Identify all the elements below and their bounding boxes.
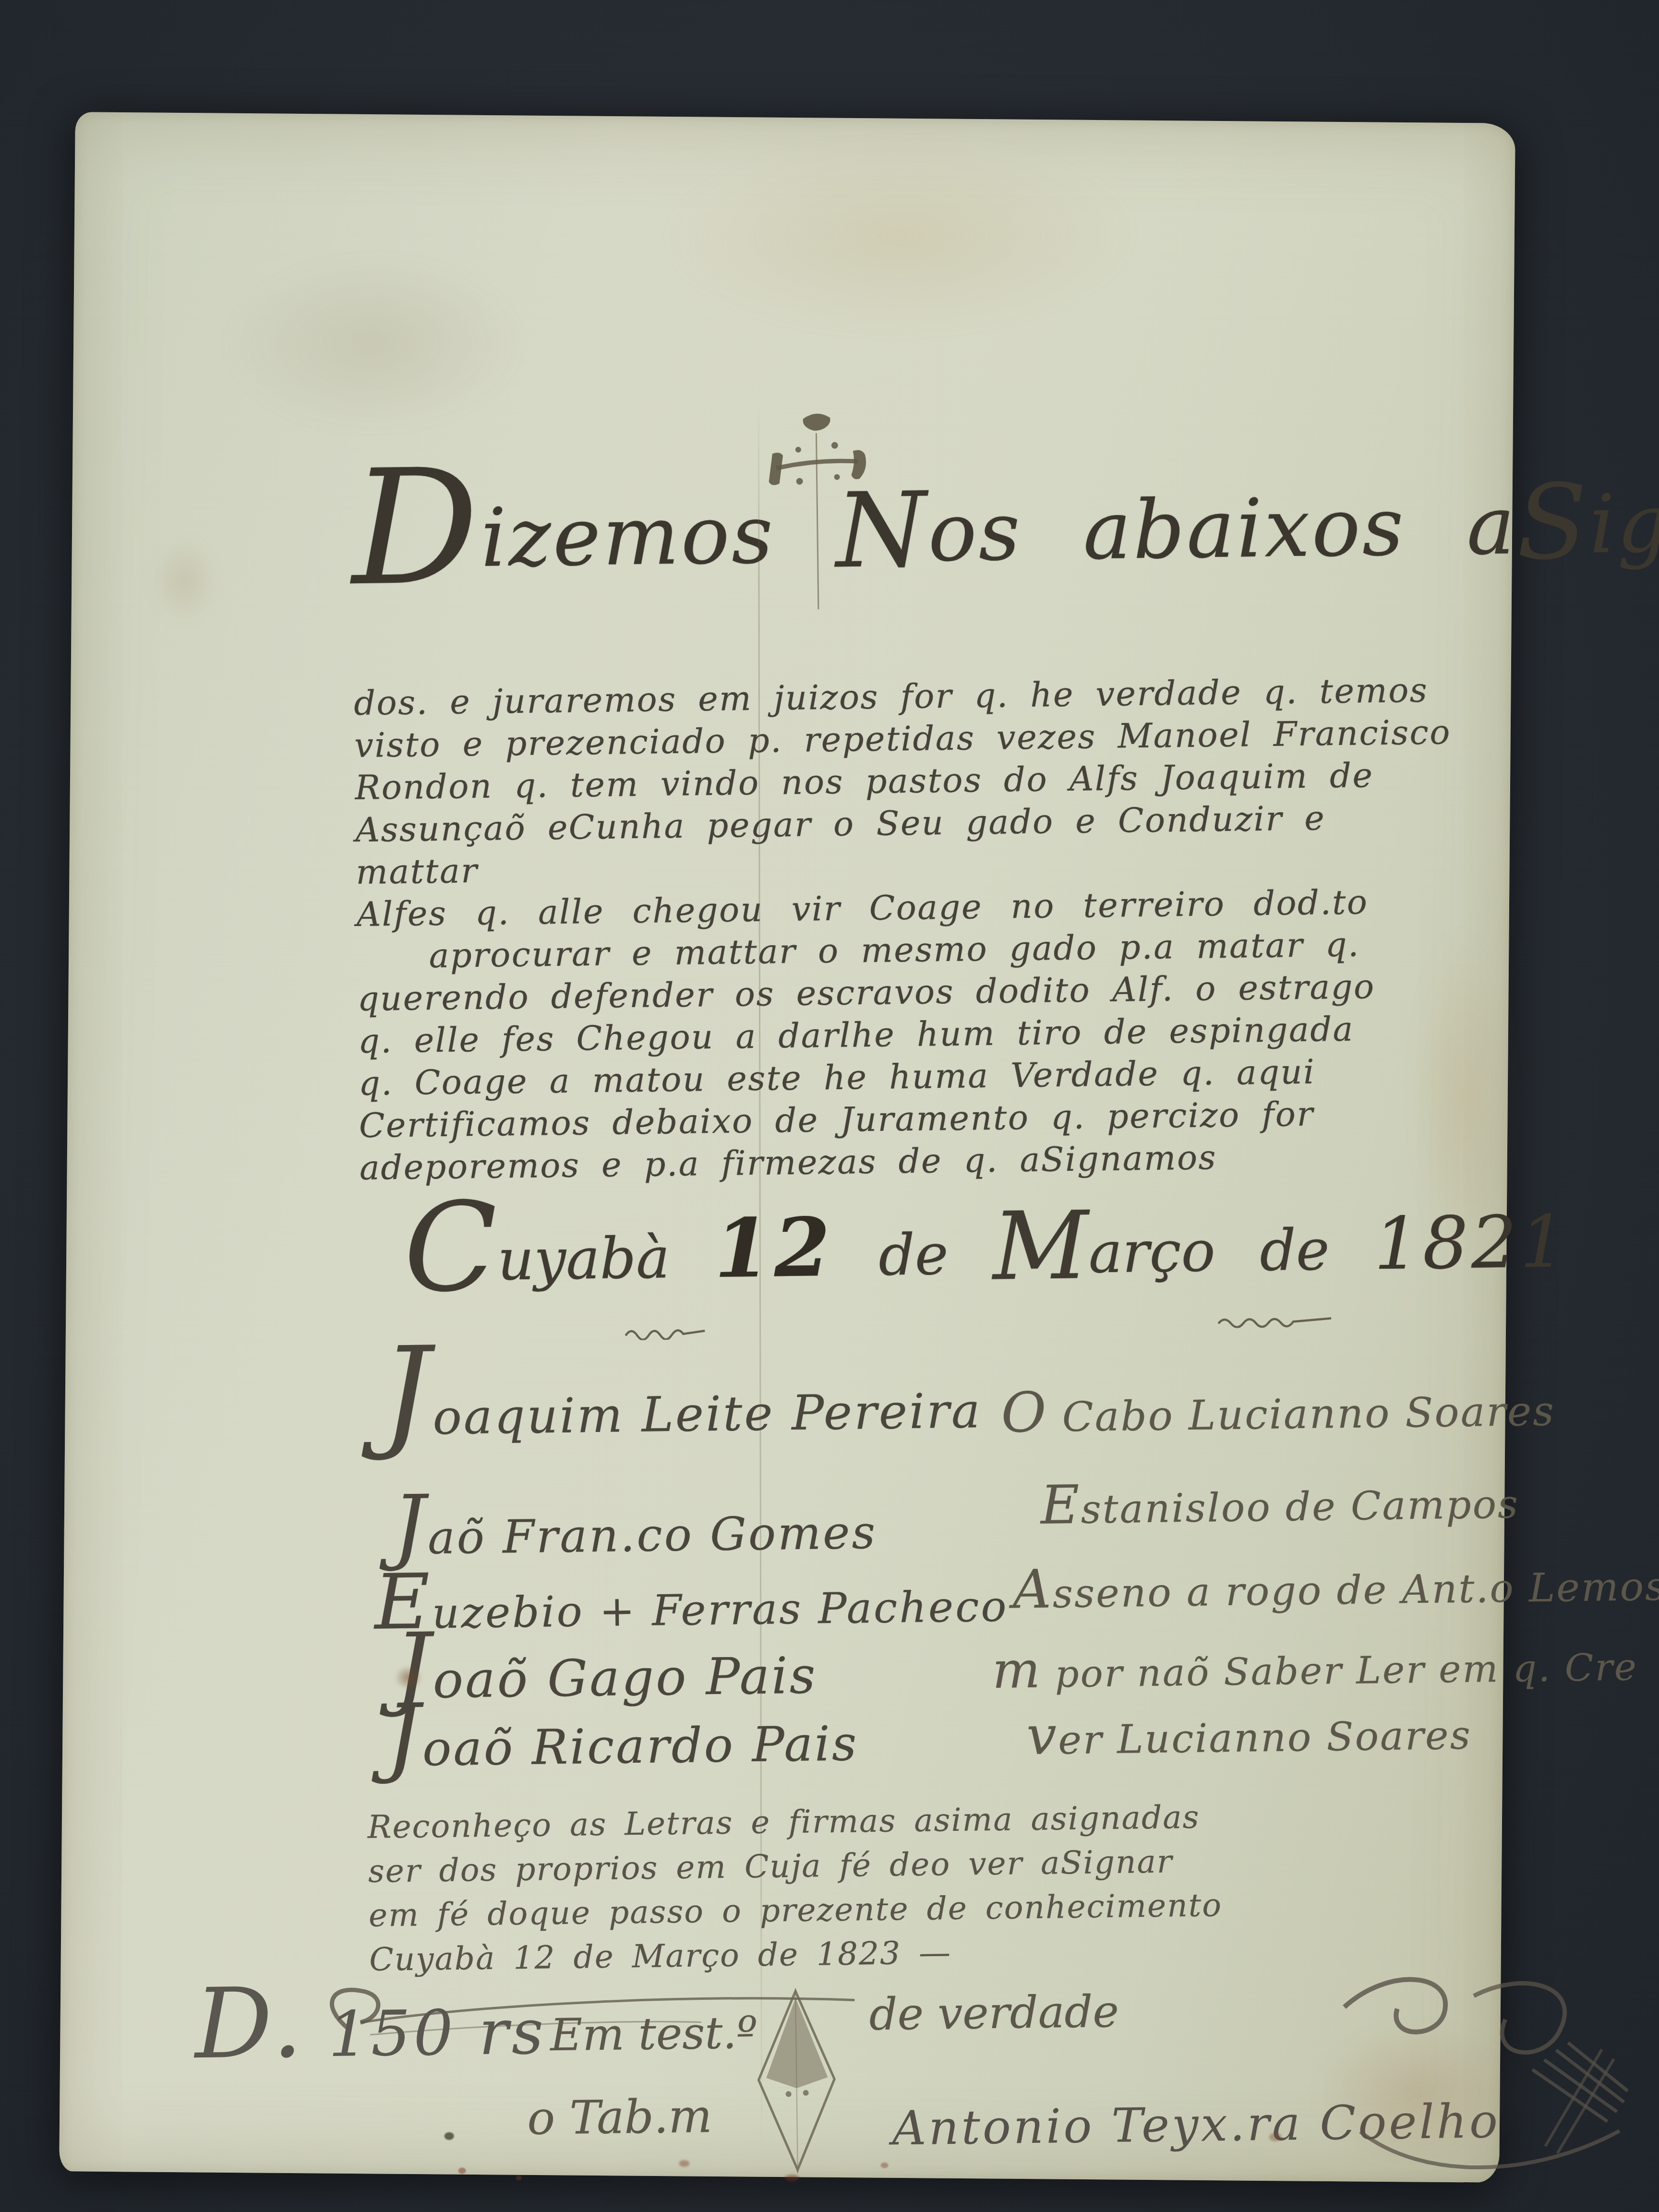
underline-squiggle xyxy=(1216,1312,1336,1328)
manuscript-page: Dizemos Nos abaixos aSigna dos. e jurare… xyxy=(59,112,1515,2182)
ink-bleed-smudge xyxy=(219,251,529,437)
signature-joao-francisco-gomes: Jaõ Fran.co Gomes xyxy=(393,1506,878,1565)
fee-amount: D. 150 rs xyxy=(194,1995,547,2072)
signature-rogo-line-2: m por naõ Saber Ler em q. Cre xyxy=(992,1646,1638,1697)
signature-joao-gago-pais: Joaõ Gago Pais xyxy=(394,1646,817,1710)
dateline: Cuyabà 12 de Março de 1821 xyxy=(403,1190,1569,1300)
attestation-right: de verdade xyxy=(869,1986,1119,2040)
signature-rogo-antonio-lemos: Asseno a rogo de Ant.o Lemos xyxy=(1012,1564,1659,1618)
signature-joao-ricardo-pais: Joaõ Ricardo Pais xyxy=(385,1715,859,1777)
notary-title: o Tab.m xyxy=(527,2089,712,2145)
foxing-spot xyxy=(679,2160,689,2167)
date-day: 12 xyxy=(714,1200,835,1296)
ink-dot xyxy=(445,2132,454,2140)
paper-stain xyxy=(150,537,218,625)
underline-squiggle xyxy=(623,1325,709,1340)
foxing-spot xyxy=(516,2176,522,2180)
signature-joaquim-leite-pereira: Joaquim Leite Pereira xyxy=(382,1382,982,1446)
scan-background: { "colors": { "background": "#262b31", "… xyxy=(0,0,1659,2212)
notary-diamond-sign-icon xyxy=(754,1987,840,2175)
notary-recognition: Reconheço as Letras e firmas asima asign… xyxy=(367,1795,1223,1982)
foxing-spot xyxy=(785,2175,799,2181)
foxing-spot xyxy=(458,2167,466,2174)
heading-initial: D xyxy=(350,435,481,621)
signature-cabo-lucianno-soares: O Cabo Lucianno Soares xyxy=(1001,1388,1556,1442)
foxing-spot xyxy=(880,2163,888,2168)
manuscript-content: Dizemos Nos abaixos aSigna dos. e jurare… xyxy=(59,109,1524,2186)
signature-estanisloo-de-campos: Estanisloo de Campos xyxy=(1040,1482,1519,1533)
signature-rogo-line-3: ver Lucianno Soares xyxy=(1026,1713,1472,1764)
signature-euzebio-ferras-pacheco: Euzebio + Ferras Pacheco xyxy=(374,1582,1009,1639)
attestation-left: Em test.º xyxy=(550,2007,758,2061)
heading-line: Dizemos Nos abaixos aSigna xyxy=(351,475,1659,587)
paper-stain xyxy=(659,132,1142,340)
body-text: dos. e juraremos em juizos for q. he ver… xyxy=(354,668,1527,1189)
